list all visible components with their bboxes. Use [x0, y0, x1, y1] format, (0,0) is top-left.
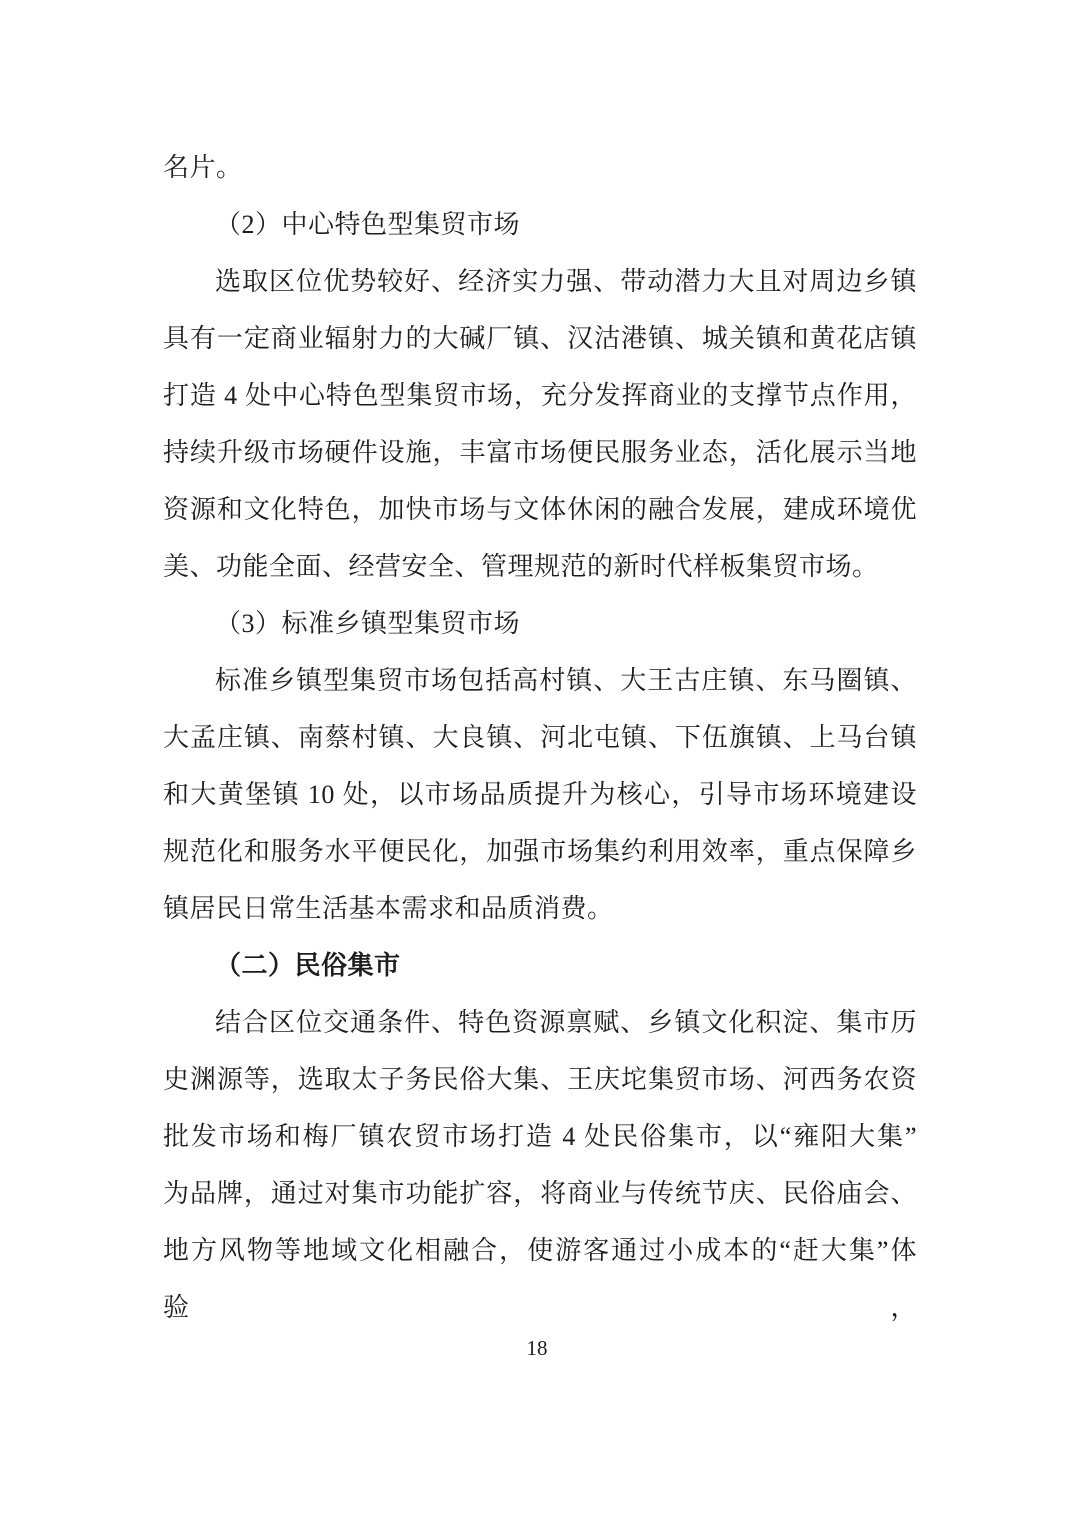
- document-body: 名片。（2）中心特色型集贸市场选取区位优势较好、经济实力强、带动潜力大且对周边乡…: [163, 139, 917, 1279]
- doc-line: 持续升级市场硬件设施，丰富市场便民服务业态，活化展示当地: [163, 424, 917, 481]
- section-heading: （3）标准乡镇型集贸市场: [163, 595, 917, 652]
- section-heading: （二）民俗集市: [163, 937, 917, 994]
- doc-line: 打造 4 处中心特色型集贸市场，充分发挥商业的支撑节点作用，: [163, 367, 917, 424]
- doc-line: 镇居民日常生活基本需求和品质消费。: [163, 880, 917, 937]
- doc-line: 史渊源等，选取太子务民俗大集、王庆坨集贸市场、河西务农资: [163, 1051, 917, 1108]
- doc-line: 地方风物等地域文化相融合，使游客通过小成本的“赶大集”体验，: [163, 1222, 917, 1279]
- doc-line: 规范化和服务水平便民化，加强市场集约利用效率，重点保障乡: [163, 823, 917, 880]
- doc-line: 结合区位交通条件、特色资源禀赋、乡镇文化积淀、集市历: [163, 994, 917, 1051]
- doc-line: 批发市场和梅厂镇农贸市场打造 4 处民俗集市，以“雍阳大集”: [163, 1108, 917, 1165]
- doc-line: 名片。: [163, 139, 917, 196]
- doc-line: 大孟庄镇、南蔡村镇、大良镇、河北屯镇、下伍旗镇、上马台镇: [163, 709, 917, 766]
- doc-line: 资源和文化特色，加快市场与文体休闲的融合发展，建成环境优: [163, 481, 917, 538]
- doc-line: 具有一定商业辐射力的大碱厂镇、汉沽港镇、城关镇和黄花店镇: [163, 310, 917, 367]
- doc-line: 美、功能全面、经营安全、管理规范的新时代样板集贸市场。: [163, 538, 917, 595]
- doc-line: 标准乡镇型集贸市场包括高村镇、大王古庄镇、东马圈镇、: [163, 652, 917, 709]
- doc-line: 选取区位优势较好、经济实力强、带动潜力大且对周边乡镇: [163, 253, 917, 310]
- page-footer: 18: [0, 1336, 1074, 1361]
- doc-line: 和大黄堡镇 10 处，以市场品质提升为核心，引导市场环境建设: [163, 766, 917, 823]
- section-heading: （2）中心特色型集贸市场: [163, 196, 917, 253]
- doc-line: 为品牌，通过对集市功能扩容，将商业与传统节庆、民俗庙会、: [163, 1165, 917, 1222]
- page-number: 18: [527, 1336, 548, 1360]
- document-page: 名片。（2）中心特色型集贸市场选取区位优势较好、经济实力强、带动潜力大且对周边乡…: [0, 0, 1074, 1520]
